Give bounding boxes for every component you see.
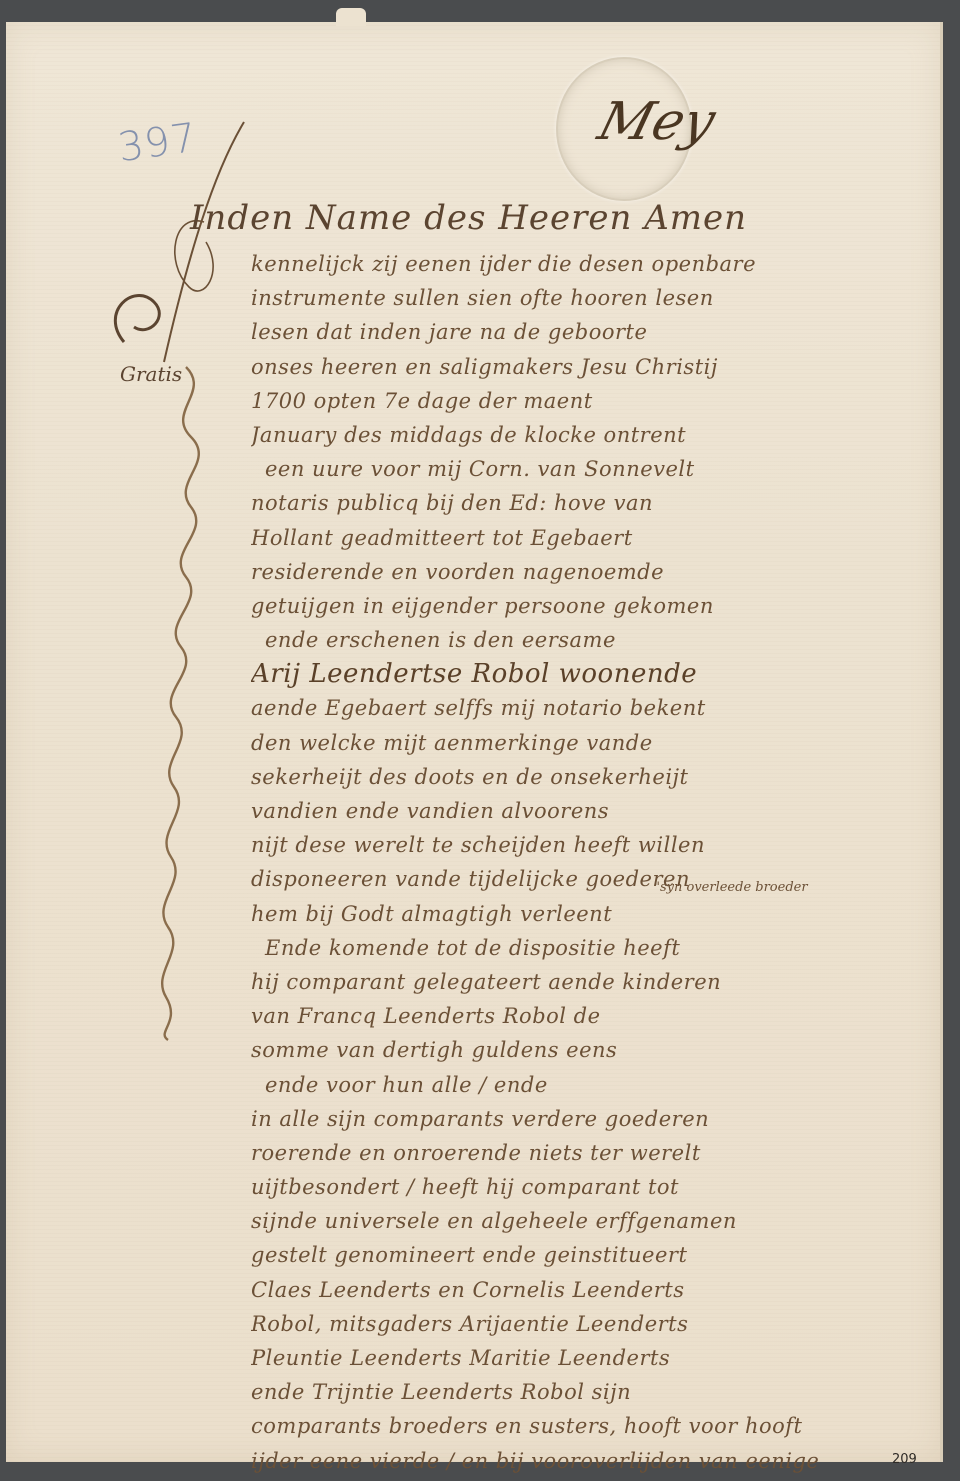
manuscript-line: somme van dertigh guldens eens: [251, 1033, 941, 1067]
manuscript-line: January des middags de klocke ontrent: [251, 418, 941, 452]
manuscript-line: instrumente sullen sien ofte hooren lese…: [251, 281, 941, 315]
manuscript-line: Hollant geadmitteert tot Egebaert: [251, 521, 941, 555]
manuscript-line: hij comparant gelegateert aende kinderen: [251, 965, 941, 999]
manuscript-line: gestelt genomineert ende geinstitueert: [251, 1238, 941, 1272]
notary-signature: Mey: [592, 92, 721, 152]
manuscript-line: Ende komende tot de dispositie heeft: [251, 931, 941, 965]
manuscript-line: sijnde universele en algeheele erffgenam…: [251, 1204, 941, 1238]
manuscript-line: ijder eene vierde / en bij vooroverlijde…: [251, 1444, 941, 1478]
manuscript-line: Pleuntie Leenderts Maritie Leenderts: [251, 1341, 941, 1375]
manuscript-line: roerende en onroerende niets ter werelt: [251, 1136, 941, 1170]
manuscript-line: notaris publicq bij den Ed: hove van: [251, 486, 941, 520]
folio-number-bottom: 209: [892, 1452, 917, 1467]
manuscript-line: 1700 opten 7e dage der maent: [251, 384, 941, 418]
manuscript-line: ende voor hun alle / ende: [251, 1068, 941, 1102]
margin-wavy-line-icon: [146, 362, 216, 1042]
manuscript-line: residerende en voorden nagenoemde: [251, 555, 941, 589]
manuscript-page: 397 Mey Inden Name des Heeren Amen Grati…: [6, 22, 943, 1462]
manuscript-line: Robol, mitsgaders Arijaentie Leenderts: [251, 1307, 941, 1341]
paper-tab: [336, 8, 366, 26]
manuscript-line: Arij Leendertse Robol woonende: [251, 657, 941, 691]
manuscript-line: ende Trijntie Leenderts Robol sijn: [251, 1375, 941, 1409]
manuscript-line: Claes Leenderts en Cornelis Leenderts: [251, 1273, 941, 1307]
manuscript-line: vandien ende vandien alvoorens: [251, 794, 941, 828]
manuscript-line: comparants broeders en susters, hooft vo…: [251, 1409, 941, 1443]
manuscript-line: hem bij Godt almagtigh verleent: [251, 897, 941, 931]
document-heading: Inden Name des Heeren Amen: [190, 198, 747, 238]
manuscript-line: een uure voor mij Corn. van Sonnevelt: [251, 452, 941, 486]
manuscript-line: van Francq Leenderts Robol de: [251, 999, 941, 1033]
manuscript-line: aende Egebaert selffs mij notario bekent: [251, 691, 941, 725]
manuscript-line: den welcke mijt aenmerkinge vande: [251, 726, 941, 760]
manuscript-line: ende erschenen is den eersame: [251, 623, 941, 657]
manuscript-line: disponeeren vande tijdelijcke goederen: [251, 862, 941, 896]
manuscript-body: kennelijck zij eenen ijder die desen ope…: [251, 247, 941, 1478]
decorative-initial-icon: [94, 112, 274, 372]
manuscript-line: nijt dese werelt te scheijden heeft will…: [251, 828, 941, 862]
manuscript-line: sekerheijt des doots en de onsekerheijt: [251, 760, 941, 794]
manuscript-line: uijtbesondert / heeft hij comparant tot: [251, 1170, 941, 1204]
manuscript-line: onses heeren en saligmakers Jesu Christi…: [251, 350, 941, 384]
manuscript-line: getuijgen in eijgender persoone gekomen: [251, 589, 941, 623]
manuscript-line: kennelijck zij eenen ijder die desen ope…: [251, 247, 941, 281]
manuscript-line: in alle sijn comparants verdere goederen: [251, 1102, 941, 1136]
interlinear-insertion: "syn overleede broeder: [654, 880, 808, 895]
manuscript-line: lesen dat inden jare na de geboorte: [251, 315, 941, 349]
